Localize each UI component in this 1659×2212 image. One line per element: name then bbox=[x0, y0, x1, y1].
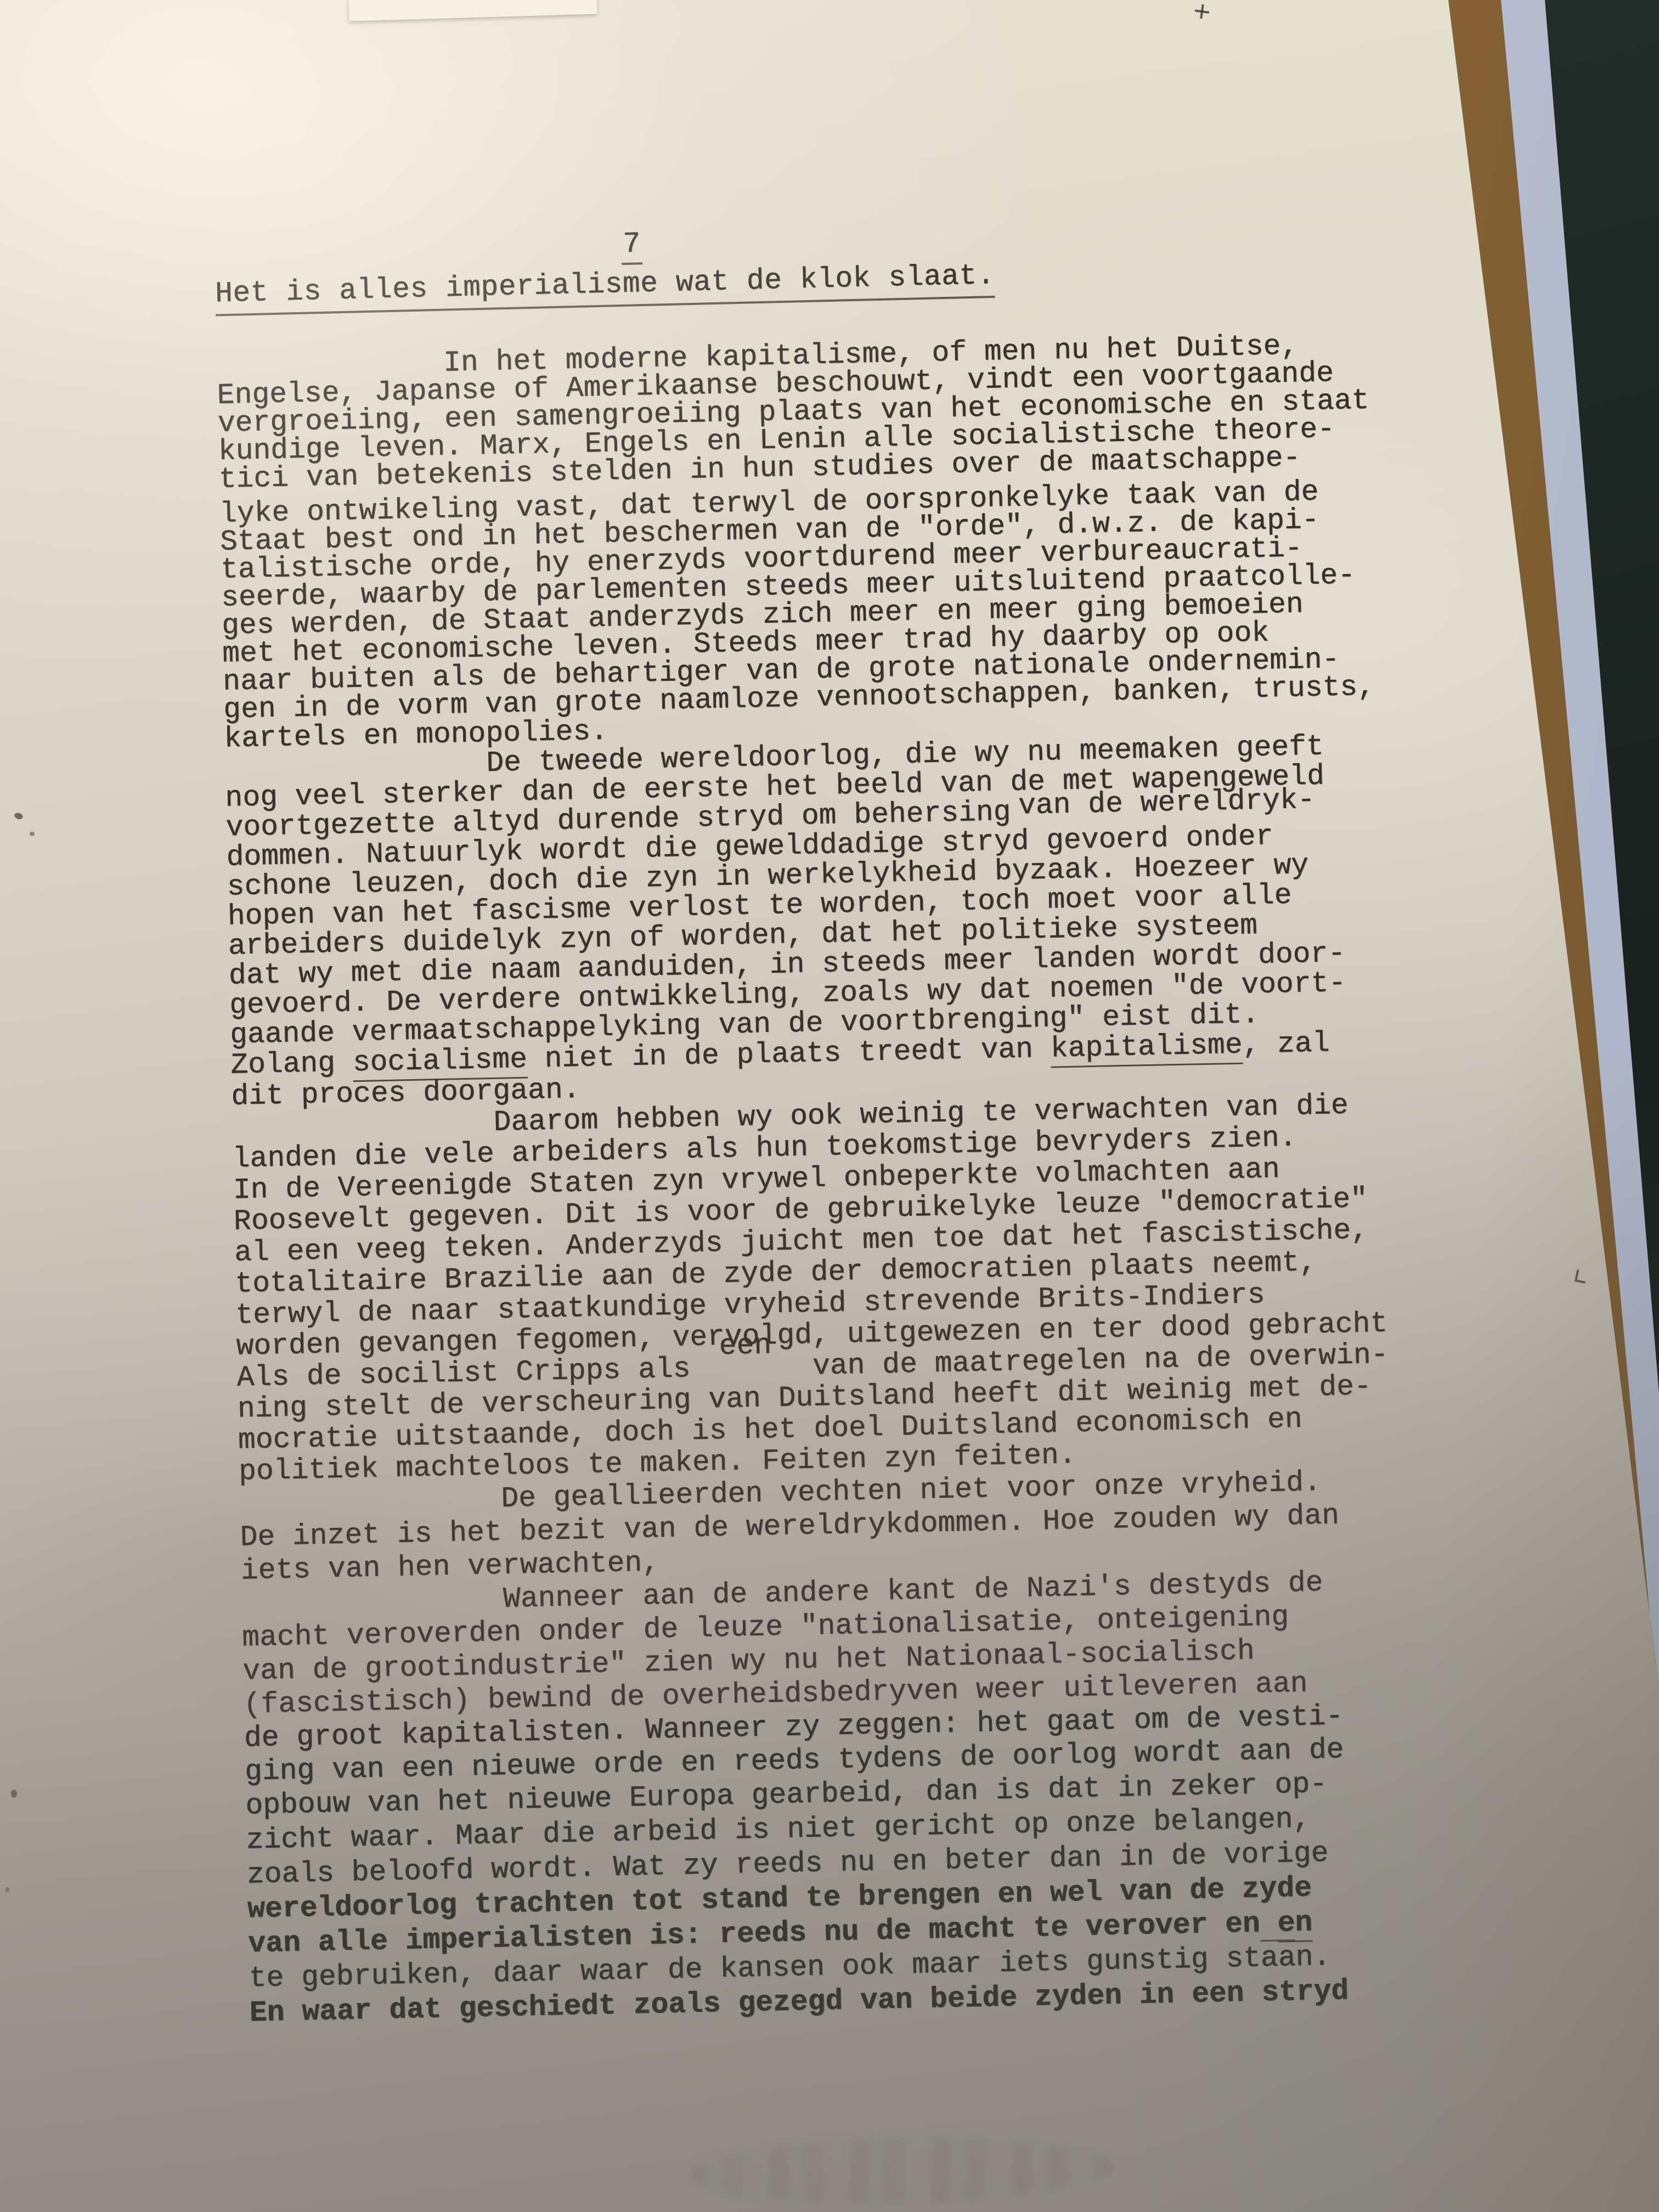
photo-frame: 7 Het is alles imperialisme wat de klok … bbox=[0, 0, 1659, 2212]
paper-speck bbox=[11, 1790, 17, 1798]
typed-insertion: van de wereldryk- bbox=[1018, 783, 1316, 822]
typewritten-text: 7 Het is alles imperialisme wat de klok … bbox=[214, 211, 1484, 2030]
paper-speck bbox=[30, 832, 35, 836]
body-lines: In het moderne kapitalisme, of men nu he… bbox=[216, 329, 1484, 2031]
page-number: 7 bbox=[621, 227, 642, 265]
paper-speck bbox=[5, 1887, 9, 1892]
typed-insertion: een bbox=[719, 1329, 772, 1363]
stray-cross-mark bbox=[1194, 3, 1210, 19]
